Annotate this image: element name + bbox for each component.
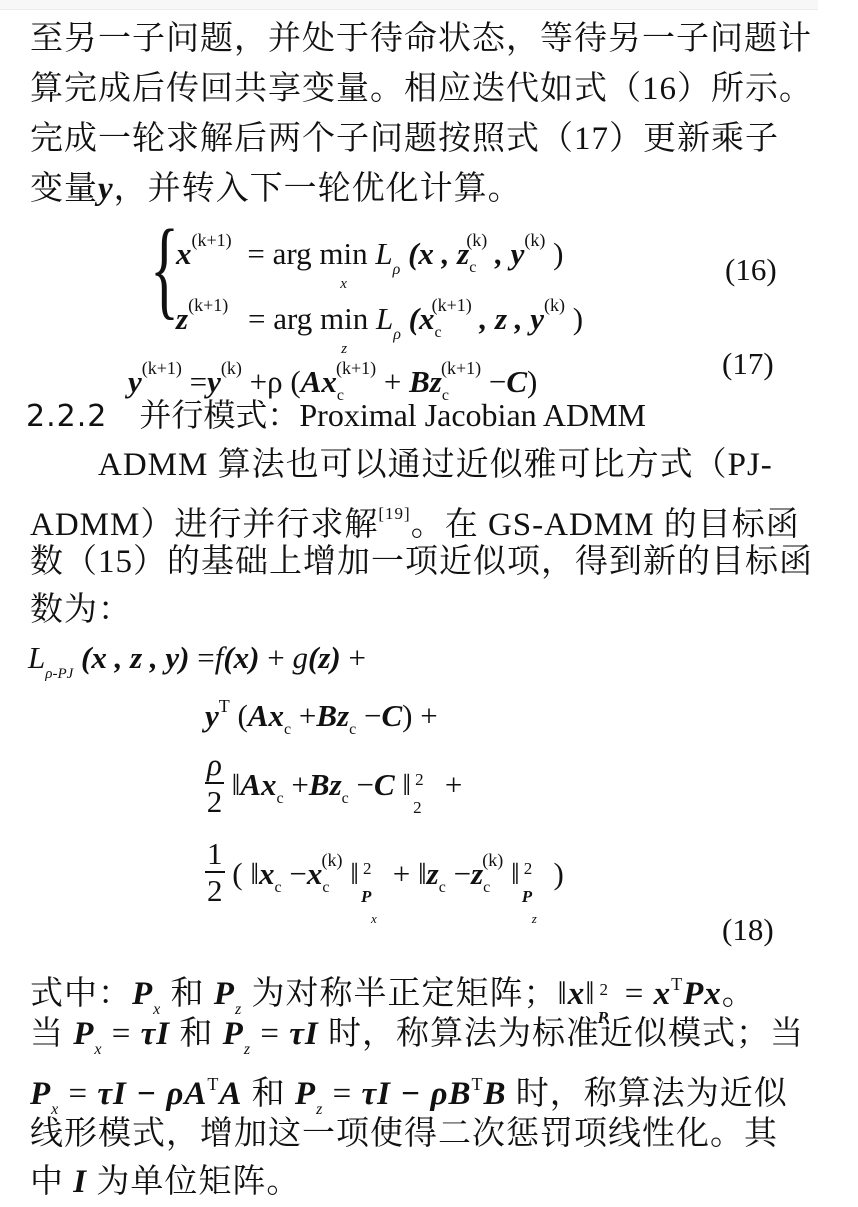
paragraph-line: ADMM）进行并行求解[19]。在 GS-ADMM 的目标函: [30, 492, 800, 547]
paragraph-line: 线形模式，增加这一项使得二次惩罚项线性化。其: [30, 1112, 778, 1156]
paragraph-line: ADMM 算法也可以通过近似雅可比方式（PJ-: [98, 443, 773, 487]
paragraph-line: 完成一轮求解后两个子问题按照式（17）更新乘子: [30, 117, 779, 161]
section-heading: 2.2.2 并行模式：Proximal Jacobian ADMM: [26, 393, 646, 439]
equation-number-17: (17): [722, 346, 774, 382]
equation-18-row3: ρ2 ‖Axc +Bzc −C ‖22 +: [205, 752, 462, 824]
paragraph-line: 变量y，并转入下一轮优化计算。: [30, 167, 522, 211]
equation-18-row4: 12 ( ‖xc −xc(k) ‖2Px + ‖zc −zc(k) ‖2Pz ): [205, 840, 564, 913]
citation[interactable]: [19]: [378, 504, 410, 523]
paragraph-line: 至另一子问题，并处于待命状态，等待另一子问题计: [30, 17, 812, 61]
equation-16-row1: x(k+1) = arg minx Lρ (x , zc(k) , y(k) ): [176, 220, 563, 290]
equation-16-row2: z(k+1) = arg minz Lρ (xc(k+1) , z , y(k)…: [176, 285, 583, 355]
left-brace: {: [150, 218, 162, 322]
equation-number-18: (18): [722, 912, 774, 948]
equation-number-16: (16): [725, 252, 777, 288]
paragraph-line: 算完成后传回共享变量。相应迭代如式（16）所示。: [30, 67, 813, 111]
math-var: y: [98, 171, 114, 207]
paragraph-line: 数（15）的基础上增加一项近似项，得到新的目标函: [30, 540, 813, 584]
section-number: 2.2.2: [26, 399, 107, 434]
equation-18-row2: yT (Axc +Bzc −C) +: [205, 686, 438, 750]
page-top-edge: [0, 0, 818, 10]
paragraph-line: 中 I 为单位矩阵。: [30, 1160, 300, 1204]
paragraph-line: 数为：: [30, 588, 132, 632]
